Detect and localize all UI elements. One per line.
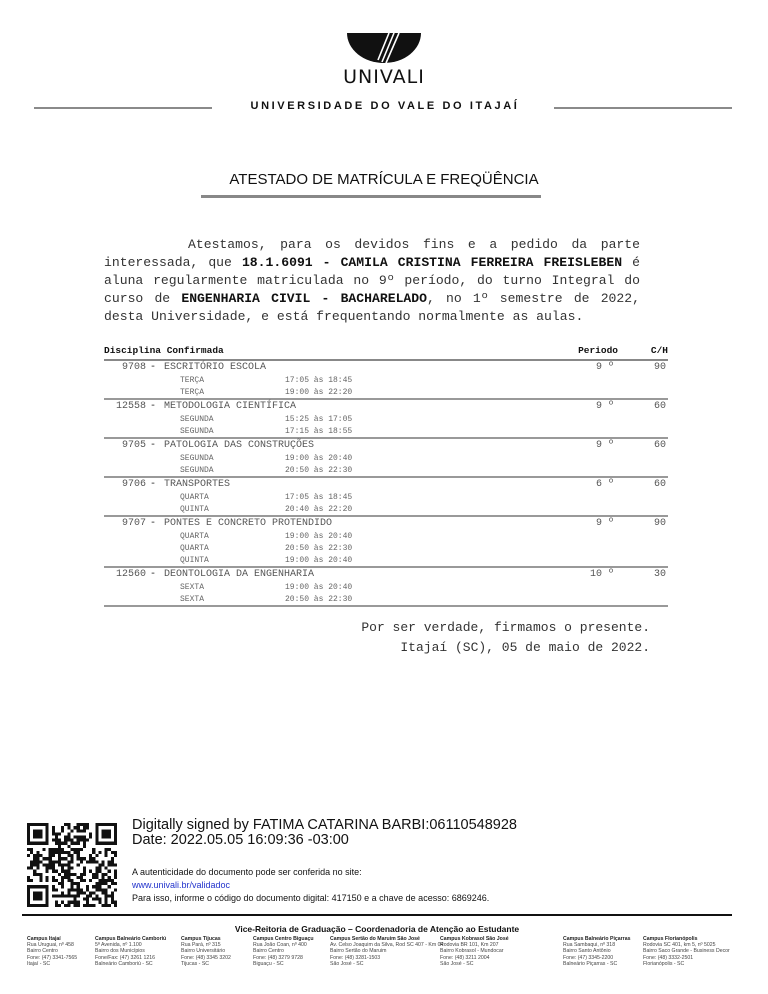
separator: - xyxy=(150,362,156,373)
schedule-day: QUINTA xyxy=(180,505,209,514)
schedule-row: TERÇA19:00 às 22:20 xyxy=(104,386,668,398)
table-row: 9705-PATOLOGIA DAS CONSTRUÇÕES9 º60 xyxy=(104,439,668,452)
campus-line: Tijucas - SC xyxy=(181,961,231,967)
footer-title: Vice-Reitoria de Graduação – Coordenador… xyxy=(22,924,732,934)
discipline-group: 9706-TRANSPORTES6 º60QUARTA17:05 às 18:4… xyxy=(104,478,668,517)
schedule-day: SEGUNDA xyxy=(180,466,214,475)
schedule-row: TERÇA17:05 às 18:45 xyxy=(104,374,668,386)
schedule-time: 20:50 às 22:30 xyxy=(285,595,352,604)
schedule-day: TERÇA xyxy=(180,388,204,397)
campus-line: Itajaí - SC xyxy=(27,961,77,967)
digital-signature: Digitally signed by FATIMA CATARINA BARB… xyxy=(132,818,517,848)
schedule-row: SEGUNDA17:15 às 18:55 xyxy=(104,425,668,437)
student-name: 18.1.6091 - CAMILA CRISTINA FERREIRA FRE… xyxy=(242,255,622,270)
discipline-period: 9 º xyxy=(596,362,614,373)
attestation-paragraph: Atestamos, para os devidos fins e a pedi… xyxy=(104,236,640,326)
campus-line: Balneário Camboriú - SC xyxy=(95,961,166,967)
disciplines-table: Disciplina Confirmada Periodo C/H 9708-E… xyxy=(104,345,668,607)
schedule-day: SEXTA xyxy=(180,583,204,592)
schedule-day: QUINTA xyxy=(180,556,209,565)
schedule-time: 19:00 às 22:20 xyxy=(285,388,352,397)
schedule-time: 15:25 às 17:05 xyxy=(285,415,352,424)
schedule-time: 17:15 às 18:55 xyxy=(285,427,352,436)
discipline-hours: 60 xyxy=(654,479,666,490)
discipline-name: PONTES E CONCRETO PROTENDIDO xyxy=(164,518,332,529)
discipline-name: ESCRITÓRIO ESCOLA xyxy=(164,362,266,373)
discipline-code: 9706 xyxy=(104,479,146,490)
schedule-row: SEGUNDA15:25 às 17:05 xyxy=(104,413,668,425)
table-row: 9708-ESCRITÓRIO ESCOLA9 º90 xyxy=(104,361,668,374)
table-row: 12560-DEONTOLOGIA DA ENGENHARIA10 º30 xyxy=(104,568,668,581)
campus-line: Balneário Piçarras - SC xyxy=(563,961,630,967)
discipline-code: 12560 xyxy=(104,569,146,580)
campus-address: Campus Kobrasol São JoséRodovia BR 101, … xyxy=(440,936,509,967)
discipline-code: 9705 xyxy=(104,440,146,451)
campus-address: Campus TijucasRua Pará, nº 315Bairro Uni… xyxy=(181,936,231,967)
separator: - xyxy=(150,518,156,529)
schedule-time: 19:00 às 20:40 xyxy=(285,454,352,463)
schedule-row: SEXTA20:50 às 22:30 xyxy=(104,593,668,605)
schedule-row: SEGUNDA19:00 às 20:40 xyxy=(104,452,668,464)
campus-line: Fone: (47) 3341-7565 xyxy=(27,955,77,961)
qr-code-icon xyxy=(27,823,117,907)
header-discipline: Disciplina Confirmada xyxy=(104,345,224,356)
campus-line: Fone: (48) 3345 3202 xyxy=(181,955,231,961)
discipline-period: 6 º xyxy=(596,479,614,490)
campus-line: Bairro Kobrasol - Mundocar xyxy=(440,948,509,954)
discipline-name: TRANSPORTES xyxy=(164,479,230,490)
discipline-hours: 90 xyxy=(654,518,666,529)
schedule-row: QUARTA20:50 às 22:30 xyxy=(104,542,668,554)
schedule-time: 20:50 às 22:30 xyxy=(285,466,352,475)
schedule-row: SEXTA19:00 às 20:40 xyxy=(104,581,668,593)
discipline-period: 9 º xyxy=(596,401,614,412)
campus-address: Campus Sertão do Maruim São JoséAv. Cels… xyxy=(330,936,443,967)
schedule-day: QUARTA xyxy=(180,493,209,502)
campus-line: Bairro Universitário xyxy=(181,948,231,954)
table-body: 9708-ESCRITÓRIO ESCOLA9 º90TERÇA17:05 às… xyxy=(104,361,668,607)
closing-line-1: Por ser verdade, firmamos o presente. xyxy=(300,618,650,638)
schedule-time: 19:00 às 20:40 xyxy=(285,556,352,565)
discipline-period: 10 º xyxy=(590,569,614,580)
univali-shield-icon xyxy=(334,28,434,68)
discipline-group: 12560-DEONTOLOGIA DA ENGENHARIA10 º30SEX… xyxy=(104,568,668,607)
campus-address: Campus Balneário Camboriú5ª Avenida, nº … xyxy=(95,936,166,967)
header-period: Periodo xyxy=(578,345,618,356)
table-row: 12558-METODOLOGIA CIENTÍFICA9 º60 xyxy=(104,400,668,413)
schedule-time: 17:05 às 18:45 xyxy=(285,376,352,385)
schedule-day: SEGUNDA xyxy=(180,454,214,463)
schedule-row: SEGUNDA20:50 às 22:30 xyxy=(104,464,668,476)
discipline-code: 12558 xyxy=(104,401,146,412)
university-name: UNIVERSIDADE DO VALE DO ITAJAÍ xyxy=(230,100,540,112)
authenticity-info: A autenticidade do documento pode ser co… xyxy=(132,866,489,905)
table-row: 9706-TRANSPORTES6 º60 xyxy=(104,478,668,491)
campus-line: São José - SC xyxy=(330,961,443,967)
signed-by: Digitally signed by FATIMA CATARINA BARB… xyxy=(132,818,517,833)
schedule-time: 17:05 às 18:45 xyxy=(285,493,352,502)
campus-line: Bairro Saco Grande - Business Decor xyxy=(643,948,730,954)
separator: - xyxy=(150,440,156,451)
campus-line: Florianópolis - SC xyxy=(643,961,730,967)
discipline-name: DEONTOLOGIA DA ENGENHARIA xyxy=(164,569,314,580)
schedule-row: QUINTA20:40 às 22:20 xyxy=(104,503,668,515)
document-title: ATESTADO DE MATRÍCULA E FREQÜÊNCIA xyxy=(160,171,608,188)
schedule-day: TERÇA xyxy=(180,376,204,385)
header-hours: C/H xyxy=(651,345,668,356)
table-header: Disciplina Confirmada Periodo C/H xyxy=(104,345,668,361)
separator: - xyxy=(150,569,156,580)
signature-date: Date: 2022.05.05 16:09:36 -03:00 xyxy=(132,833,517,848)
discipline-period: 9 º xyxy=(596,518,614,529)
discipline-code: 9708 xyxy=(104,362,146,373)
schedule-row: QUINTA19:00 às 20:40 xyxy=(104,554,668,566)
discipline-hours: 90 xyxy=(654,362,666,373)
schedule-time: 20:50 às 22:30 xyxy=(285,544,352,553)
discipline-name: PATOLOGIA DAS CONSTRUÇÕES xyxy=(164,440,314,451)
schedule-day: QUARTA xyxy=(180,532,209,541)
schedule-day: SEGUNDA xyxy=(180,427,214,436)
header-rule-left xyxy=(34,107,212,109)
discipline-code: 9707 xyxy=(104,518,146,529)
logo-wordmark: UNIVALI xyxy=(334,66,434,88)
campus-line: Biguaçu - SC xyxy=(253,961,314,967)
separator: - xyxy=(150,479,156,490)
schedule-day: QUARTA xyxy=(180,544,209,553)
schedule-row: QUARTA19:00 às 20:40 xyxy=(104,530,668,542)
qr-code xyxy=(27,823,117,907)
closing-date: Itajaí (SC), 05 de maio de 2022. xyxy=(300,638,650,658)
schedule-time: 19:00 às 20:40 xyxy=(285,532,352,541)
separator: - xyxy=(150,401,156,412)
discipline-hours: 60 xyxy=(654,401,666,412)
closing: Por ser verdade, firmamos o presente. It… xyxy=(300,618,650,658)
schedule-time: 19:00 às 20:40 xyxy=(285,583,352,592)
discipline-hours: 60 xyxy=(654,440,666,451)
discipline-group: 9707-PONTES E CONCRETO PROTENDIDO9 º90QU… xyxy=(104,517,668,568)
campus-address: Campus FlorianópolisRodovia SC 401, km 5… xyxy=(643,936,730,967)
discipline-group: 12558-METODOLOGIA CIENTÍFICA9 º60SEGUNDA… xyxy=(104,400,668,439)
campus-address: Campus Balneário PiçarrasRua Sambaqui, n… xyxy=(563,936,630,967)
table-row: 9707-PONTES E CONCRETO PROTENDIDO9 º90 xyxy=(104,517,668,530)
discipline-name: METODOLOGIA CIENTÍFICA xyxy=(164,401,296,412)
schedule-row: QUARTA17:05 às 18:45 xyxy=(104,491,668,503)
auth-note: A autenticidade do documento pode ser co… xyxy=(132,866,489,879)
header-rule-right xyxy=(554,107,732,109)
schedule-time: 20:40 às 22:20 xyxy=(285,505,352,514)
campus-address: Campus Centro BiguaçuRua João Coan, nº 4… xyxy=(253,936,314,967)
discipline-period: 9 º xyxy=(596,440,614,451)
discipline-group: 9705-PATOLOGIA DAS CONSTRUÇÕES9 º60SEGUN… xyxy=(104,439,668,478)
campus-line: São José - SC xyxy=(440,961,509,967)
validation-link[interactable]: www.univali.br/validadoc xyxy=(132,880,230,890)
schedule-day: SEXTA xyxy=(180,595,204,604)
footer-rule xyxy=(22,914,732,916)
schedule-day: SEGUNDA xyxy=(180,415,214,424)
title-underline xyxy=(201,195,541,198)
campus-address: Campus ItajaíRua Uruguai, nº 458Bairro C… xyxy=(27,936,77,967)
document-code-note: Para isso, informe o código do documento… xyxy=(132,892,489,905)
course-name: ENGENHARIA CIVIL - BACHARELADO xyxy=(181,291,427,306)
discipline-hours: 30 xyxy=(654,569,666,580)
discipline-group: 9708-ESCRITÓRIO ESCOLA9 º90TERÇA17:05 às… xyxy=(104,361,668,400)
